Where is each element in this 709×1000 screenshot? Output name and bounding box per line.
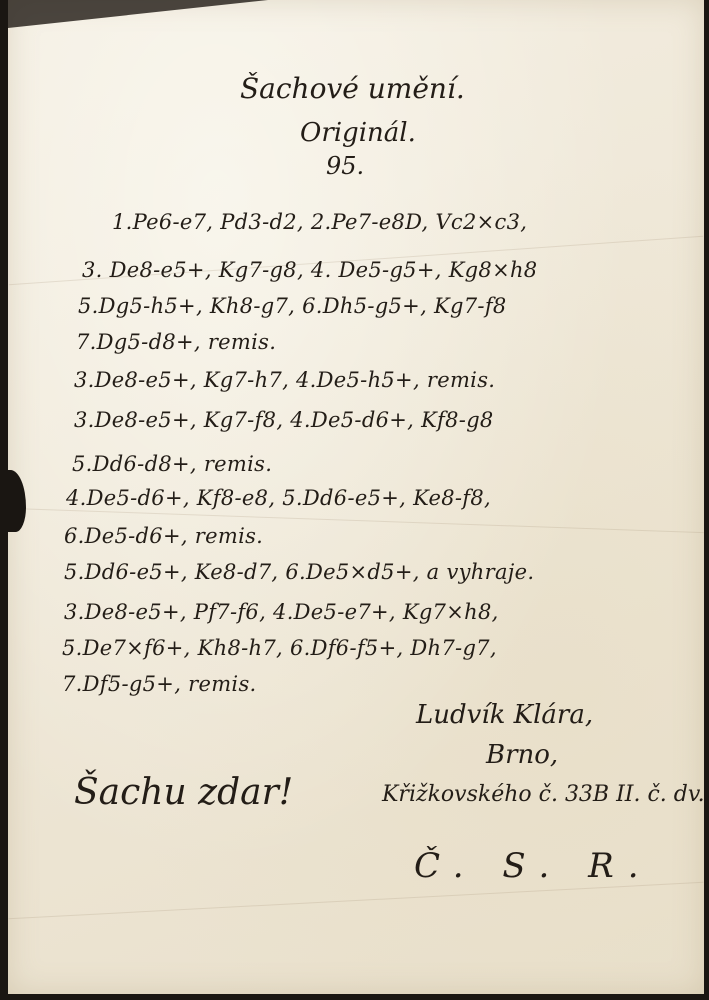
signature-country: Č. S. R.	[414, 846, 653, 886]
signature-city: Brno,	[486, 740, 558, 770]
signature-address: Křižkovského č. 33B II. č. dv. 7	[382, 782, 709, 807]
document-title: Šachové umění.	[240, 72, 465, 105]
document-subtitle: Originál.	[300, 118, 416, 148]
move-line: 3.De8-e5+, Kg7-h7, 4.De5-h5+, remis.	[74, 368, 495, 392]
problem-number: 95.	[326, 152, 364, 180]
move-line: 5.Dd6-d8+, remis.	[72, 452, 272, 476]
move-line: 5.Dg5-h5+, Kh8-g7, 6.Dh5-g5+, Kg7-f8	[78, 294, 507, 318]
move-line: 5.De7×f6+, Kh8-h7, 6.Df6-f5+, Dh7-g7,	[62, 636, 497, 660]
closing-greeting: Šachu zdar!	[74, 772, 293, 813]
move-line: 3.De8-e5+, Pf7-f6, 4.De5-e7+, Kg7×h8,	[64, 600, 499, 624]
paper-crease	[8, 882, 703, 919]
move-line: 7.Dg5-d8+, remis.	[76, 330, 276, 354]
move-line: 4.De5-d6+, Kf8-e8, 5.Dd6-e5+, Ke8-f8,	[66, 486, 491, 510]
folded-corner	[8, 0, 268, 28]
paper-sheet: Šachové umění. Originál. 95. 1.Pe6-e7, P…	[8, 0, 704, 994]
signature-name: Ludvík Klára,	[416, 700, 593, 730]
move-line: 3.De8-e5+, Kg7-f8, 4.De5-d6+, Kf8-g8	[74, 408, 494, 432]
move-line: 7.Df5-g5+, remis.	[62, 672, 257, 696]
move-line: 3. De8-e5+, Kg7-g8, 4. De5-g5+, Kg8×h8	[82, 258, 537, 282]
move-line: 6.De5-d6+, remis.	[64, 524, 263, 548]
move-line: 1.Pe6-e7, Pd3-d2, 2.Pe7-e8D, Vc2×c3,	[112, 210, 527, 234]
move-line: 5.Dd6-e5+, Ke8-d7, 6.De5×d5+, a vyhraje.	[64, 560, 534, 584]
